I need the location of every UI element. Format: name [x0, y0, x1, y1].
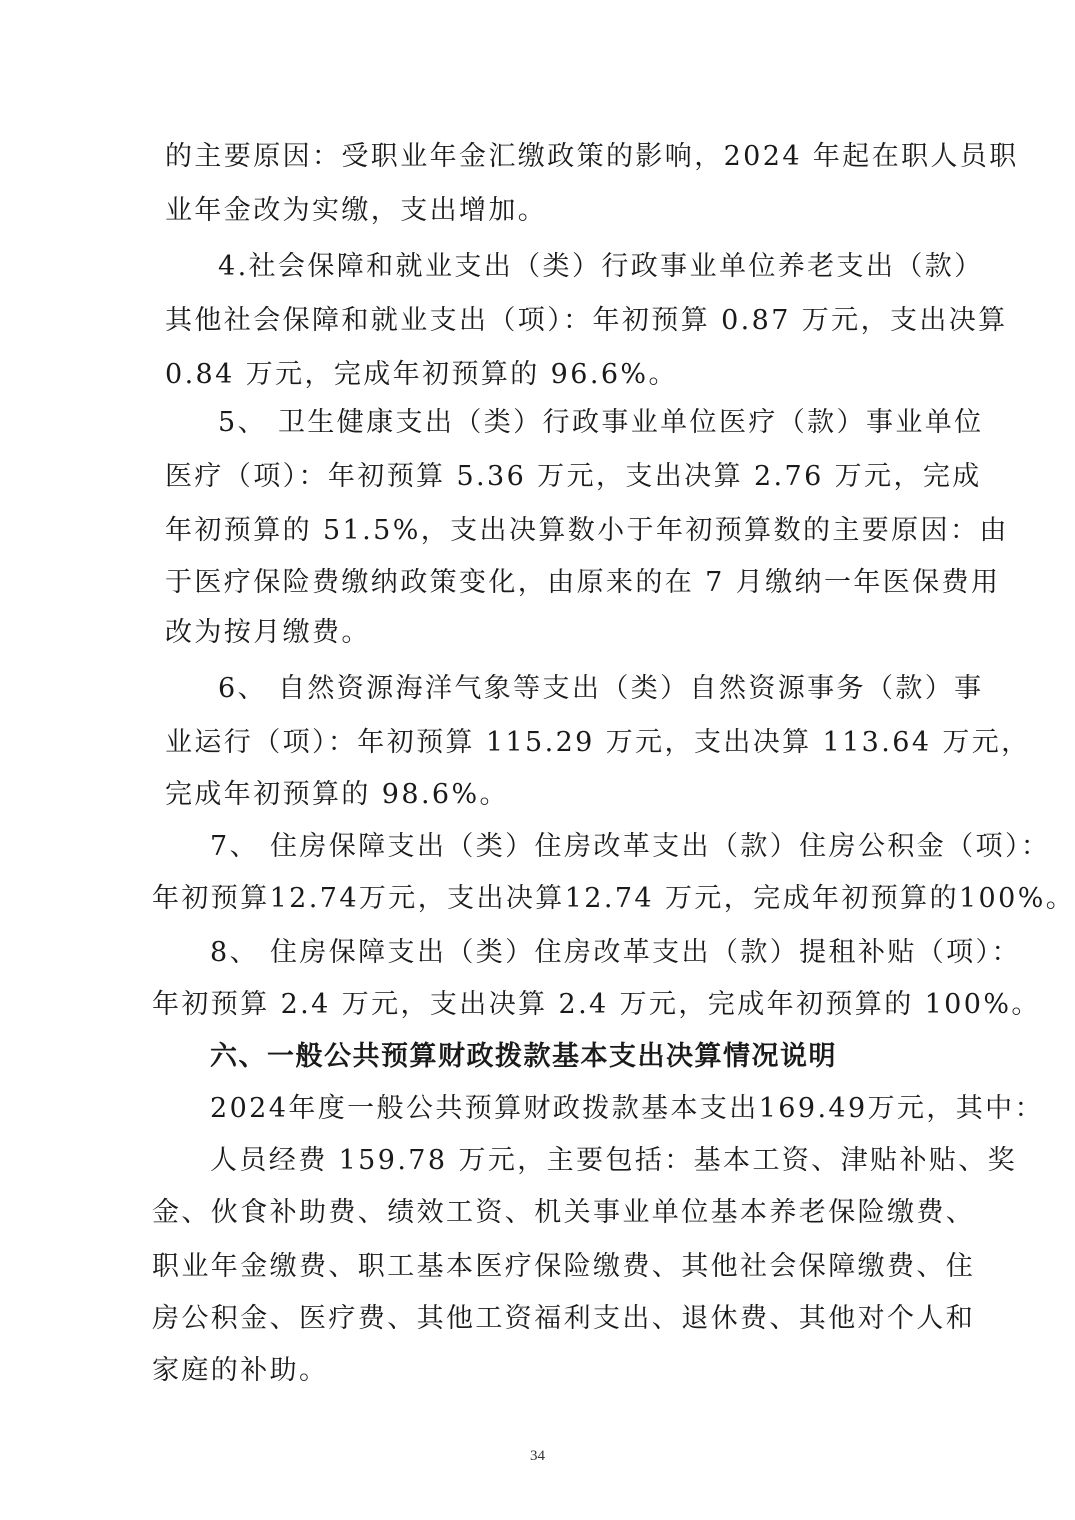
paragraph-line: 的主要原因：受职业年金汇缴政策的影响，2024 年起在职人员职 [165, 130, 971, 184]
paragraph-line: 于医疗保险费缴纳政策变化，由原来的在 7 月缴纳一年医保费用 [165, 556, 971, 610]
paragraph-line: 年初预算的 51.5%，支出决算数小于年初预算数的主要原因：由 [165, 504, 971, 558]
paragraph-line: 年初预算12.74万元，支出决算12.74 万元，完成年初预算的100%。 [152, 872, 974, 926]
paragraph-line: 完成年初预算的 98.6%。 [165, 768, 971, 822]
paragraph-line: 金、伙食补助费、绩效工资、机关事业单位基本养老保险缴费、 [152, 1186, 974, 1240]
paragraph-line: 人员经费 159.78 万元，主要包括：基本工资、津贴补贴、奖 [210, 1134, 971, 1188]
paragraph-line: 年初预算 2.4 万元，支出决算 2.4 万元，完成年初预算的 100%。 [152, 978, 974, 1032]
paragraph-line: 2024年度一般公共预算财政拨款基本支出169.49万元，其中： [210, 1082, 971, 1136]
paragraph-line: 医疗（项）：年初预算 5.36 万元，支出决算 2.76 万元，完成 [165, 450, 971, 504]
item-8-heading-line: 8、 住房保障支出（类）住房改革支出（款）提租补贴（项）： [210, 926, 971, 980]
item-6-heading-line: 6、 自然资源海洋气象等支出（类）自然资源事务（款）事 [218, 662, 971, 716]
document-page: 的主要原因：受职业年金汇缴政策的影响，2024 年起在职人员职 业年金改为实缴，… [0, 0, 1075, 1520]
paragraph-line: 0.84 万元，完成年初预算的 96.6%。 [165, 348, 971, 402]
paragraph-line: 房公积金、医疗费、其他工资福利支出、退休费、其他对个人和 [152, 1292, 974, 1346]
paragraph-line: 业年金改为实缴，支出增加。 [165, 184, 971, 238]
item-4-heading-line: 4.社会保障和就业支出（类）行政事业单位养老支出（款） [218, 240, 971, 294]
paragraph-line: 业运行（项）：年初预算 115.29 万元，支出决算 113.64 万元， [165, 716, 971, 770]
paragraph-line: 家庭的补助。 [152, 1344, 974, 1398]
section-heading: 六、一般公共预算财政拨款基本支出决算情况说明 [210, 1030, 1016, 1084]
item-5-heading-line: 5、 卫生健康支出（类）行政事业单位医疗（款）事业单位 [218, 396, 971, 450]
paragraph-line: 其他社会保障和就业支出（项）：年初预算 0.87 万元，支出决算 [165, 294, 971, 348]
item-7-heading-line: 7、 住房保障支出（类）住房改革支出（款）住房公积金（项）： [210, 820, 971, 874]
paragraph-line: 职业年金缴费、职工基本医疗保险缴费、其他社会保障缴费、住 [152, 1240, 974, 1294]
page-number: 34 [0, 1448, 1075, 1465]
paragraph-line: 改为按月缴费。 [165, 606, 971, 660]
